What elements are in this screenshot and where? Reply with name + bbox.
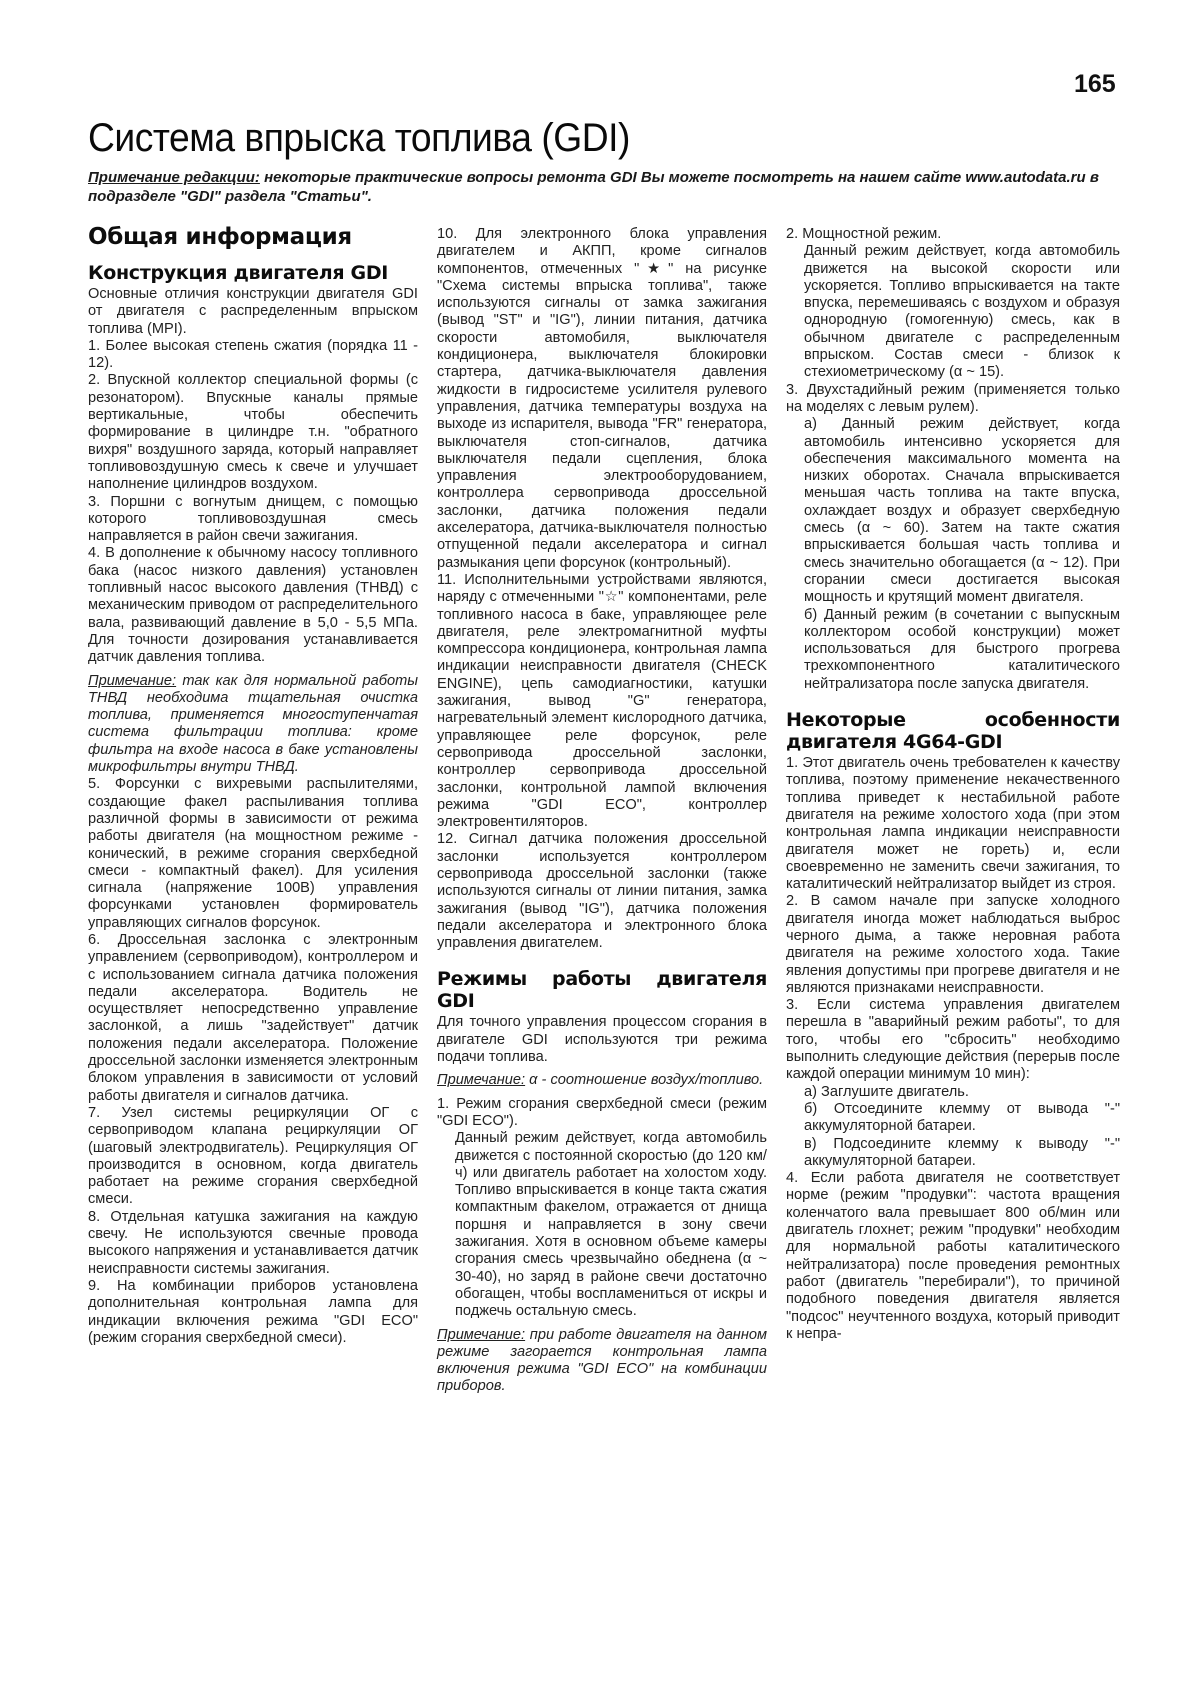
note: Примечание: так как для нормальной работ… [88,673,418,777]
list-item: 3. Поршни с вогнутым днищем, с помощью к… [88,494,418,546]
mode-description: б) Данный режим (в сочетании с выпускным… [786,607,1120,693]
step-item: а) Заглушите двигатель. [786,1084,1120,1101]
column-2: 10. Для электронного блока управления дв… [437,226,767,1396]
list-item: 4. Если работа двигателя не соответствуе… [786,1170,1120,1343]
mode-title: 2. Мощностной режим. [786,226,1120,243]
list-item: 7. Узел системы рециркуляции ОГ с сервоп… [88,1105,418,1209]
subheading-gdi-modes: Режимы работы двигателя GDI [437,968,767,1012]
list-item: 2. В самом начале при запуске холодного … [786,893,1120,997]
step-item: б) Отсоедините клемму от вывода "-" акку… [786,1101,1120,1136]
list-item: 9. На комбинации приборов установлена до… [88,1278,418,1347]
subheading-4g64-features: Некоторые особенности двигателя 4G64-GDI [786,709,1120,753]
list-item: 2. Впускной коллектор специальной формы … [88,372,418,493]
mode-title: 3. Двухстадийный режим (применяется толь… [786,382,1120,417]
list-item: 3. Если система управления двигателем пе… [786,997,1120,1083]
list-item: 5. Форсунки с вихревыми распылителями, с… [88,776,418,932]
list-item: 8. Отдельная катушка зажигания на каждую… [88,1209,418,1278]
column-1: Общая информация Конструкция двигателя G… [88,218,418,1347]
note-text: α - соотношение воздух/топливо. [525,1072,763,1088]
note: Примечание: α - соотношение воздух/топли… [437,1072,767,1089]
list-item: 1. Более высокая степень сжатия (порядка… [88,338,418,373]
editor-note: Примечание редакции: некоторые практичес… [88,168,1128,206]
paragraph-intro: Для точного управления процессом сгорани… [437,1014,767,1066]
section-heading-general: Общая информация [88,224,418,250]
note-label: Примечание: [437,1072,525,1088]
list-item: 4. В дополнение к обычному насосу топлив… [88,545,418,666]
page-title: Система впрыска топлива (GDI) [88,116,630,161]
note-label: Примечание: [88,673,176,689]
list-item: 11. Исполнительными устройствами являютс… [437,572,767,831]
mode-description: Данный режим действует, когда автомобиль… [437,1130,767,1320]
paragraph-intro: Основные отличия конструкции двигателя G… [88,286,418,338]
step-item: в) Подсоедините клемму к выводу "-" акку… [786,1136,1120,1171]
list-item: 10. Для электронного блока управления дв… [437,226,767,572]
mode-description: Данный режим действует, когда автомобиль… [786,243,1120,381]
subheading-gdi-design: Конструкция двигателя GDI [88,262,418,284]
column-3: 2. Мощностной режим. Данный режим действ… [786,226,1120,1343]
note: Примечание: при работе двигателя на данн… [437,1327,767,1396]
list-item: 6. Дроссельная заслонка с электронным уп… [88,932,418,1105]
list-item: 12. Сигнал датчика положения дроссельной… [437,831,767,952]
editor-note-label: Примечание редакции: [88,169,260,186]
page-number: 165 [1074,70,1116,99]
list-item: 1. Этот двигатель очень требователен к к… [786,755,1120,893]
note-label: Примечание: [437,1327,525,1343]
mode-title: 1. Режим сгорания сверхбедной смеси (реж… [437,1096,767,1131]
mode-description: а) Данный режим действует, когда автомоб… [786,416,1120,606]
